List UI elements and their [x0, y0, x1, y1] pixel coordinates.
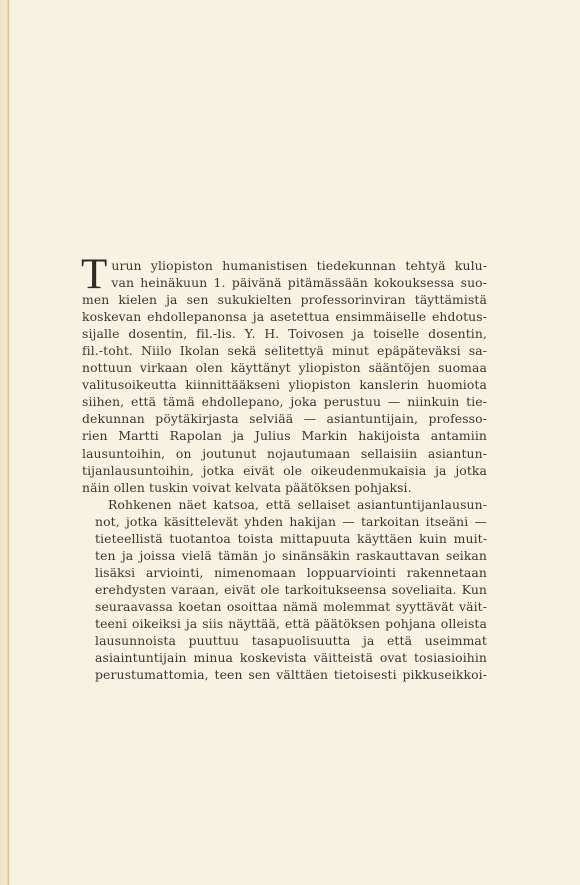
text-line: erehdysten varaan, eivät ole tarkoitukse…: [82, 581, 487, 598]
drop-cap: T: [81, 259, 107, 291]
text-line: siihen, että tämä ehdollepano, joka peru…: [82, 393, 487, 410]
text-line: valitusoikeutta kiinnittääkseni yliopist…: [82, 376, 487, 393]
text-line: seuraavassa koetan osoittaa nämä molemma…: [82, 598, 487, 615]
paragraph-2: Rohkenen näet katsoa, että sellaiset asi…: [82, 496, 487, 684]
text-line: urun yliopiston humanistisen tiedekunnan…: [82, 257, 487, 274]
text-line: koskevan ehdollepanonsa ja asetettua ens…: [82, 308, 487, 325]
text-line: van heinäkuun 1. päivänä pitämässään kok…: [82, 274, 487, 291]
text-line: lausunnoista puuttuu tasapuolisuutta ja …: [82, 632, 487, 649]
text-line: nottuun virkaan olen käyttänyt yliopisto…: [82, 359, 487, 376]
text-line: asiaintuntijain minua koskevista väittei…: [82, 649, 487, 666]
text-line: näin ollen tuskin voivat kelvata päätöks…: [82, 479, 487, 496]
text-line: not, jotka käsittelevät yhden hakijan — …: [82, 513, 487, 530]
paragraph-1: T urun yliopiston humanistisen tiedekunn…: [82, 257, 487, 496]
text-line: rien Martti Rapolan ja Julius Markin hak…: [82, 427, 487, 444]
text-line: Rohkenen näet katsoa, että sellaiset asi…: [82, 496, 487, 513]
text-line: ten ja joissa vielä tämän jo sinänsäkin …: [82, 547, 487, 564]
body-text: T urun yliopiston humanistisen tiedekunn…: [82, 257, 487, 683]
text-line: dekunnan pöytäkirjasta selviää — asiantu…: [82, 410, 487, 427]
text-line: teeni oikeiksi ja siis näyttää, että pää…: [82, 615, 487, 632]
text-line: lisäksi arviointi, nimenomaan loppuarvio…: [82, 564, 487, 581]
text-line: fil.-toht. Niilo Ikolan sekä selitettyä …: [82, 342, 487, 359]
text-line: lausuntoihin, on joutunut nojautumaan se…: [82, 445, 487, 462]
text-line: tieteellistä tuotantoa toista mittapuuta…: [82, 530, 487, 547]
scanned-book-page: T urun yliopiston humanistisen tiedekunn…: [0, 0, 580, 885]
text-line: men kielen ja sen sukukielten professori…: [82, 291, 487, 308]
text-line: sijalle dosentin, fil.-lis. Y. H. Toivos…: [82, 325, 487, 342]
text-line: tijanlausuntoihin, jotka eivät ole oikeu…: [82, 462, 487, 479]
page-binding-line: [8, 0, 9, 885]
text-line: perustumattomia, teen sen välttäen tieto…: [82, 666, 487, 683]
